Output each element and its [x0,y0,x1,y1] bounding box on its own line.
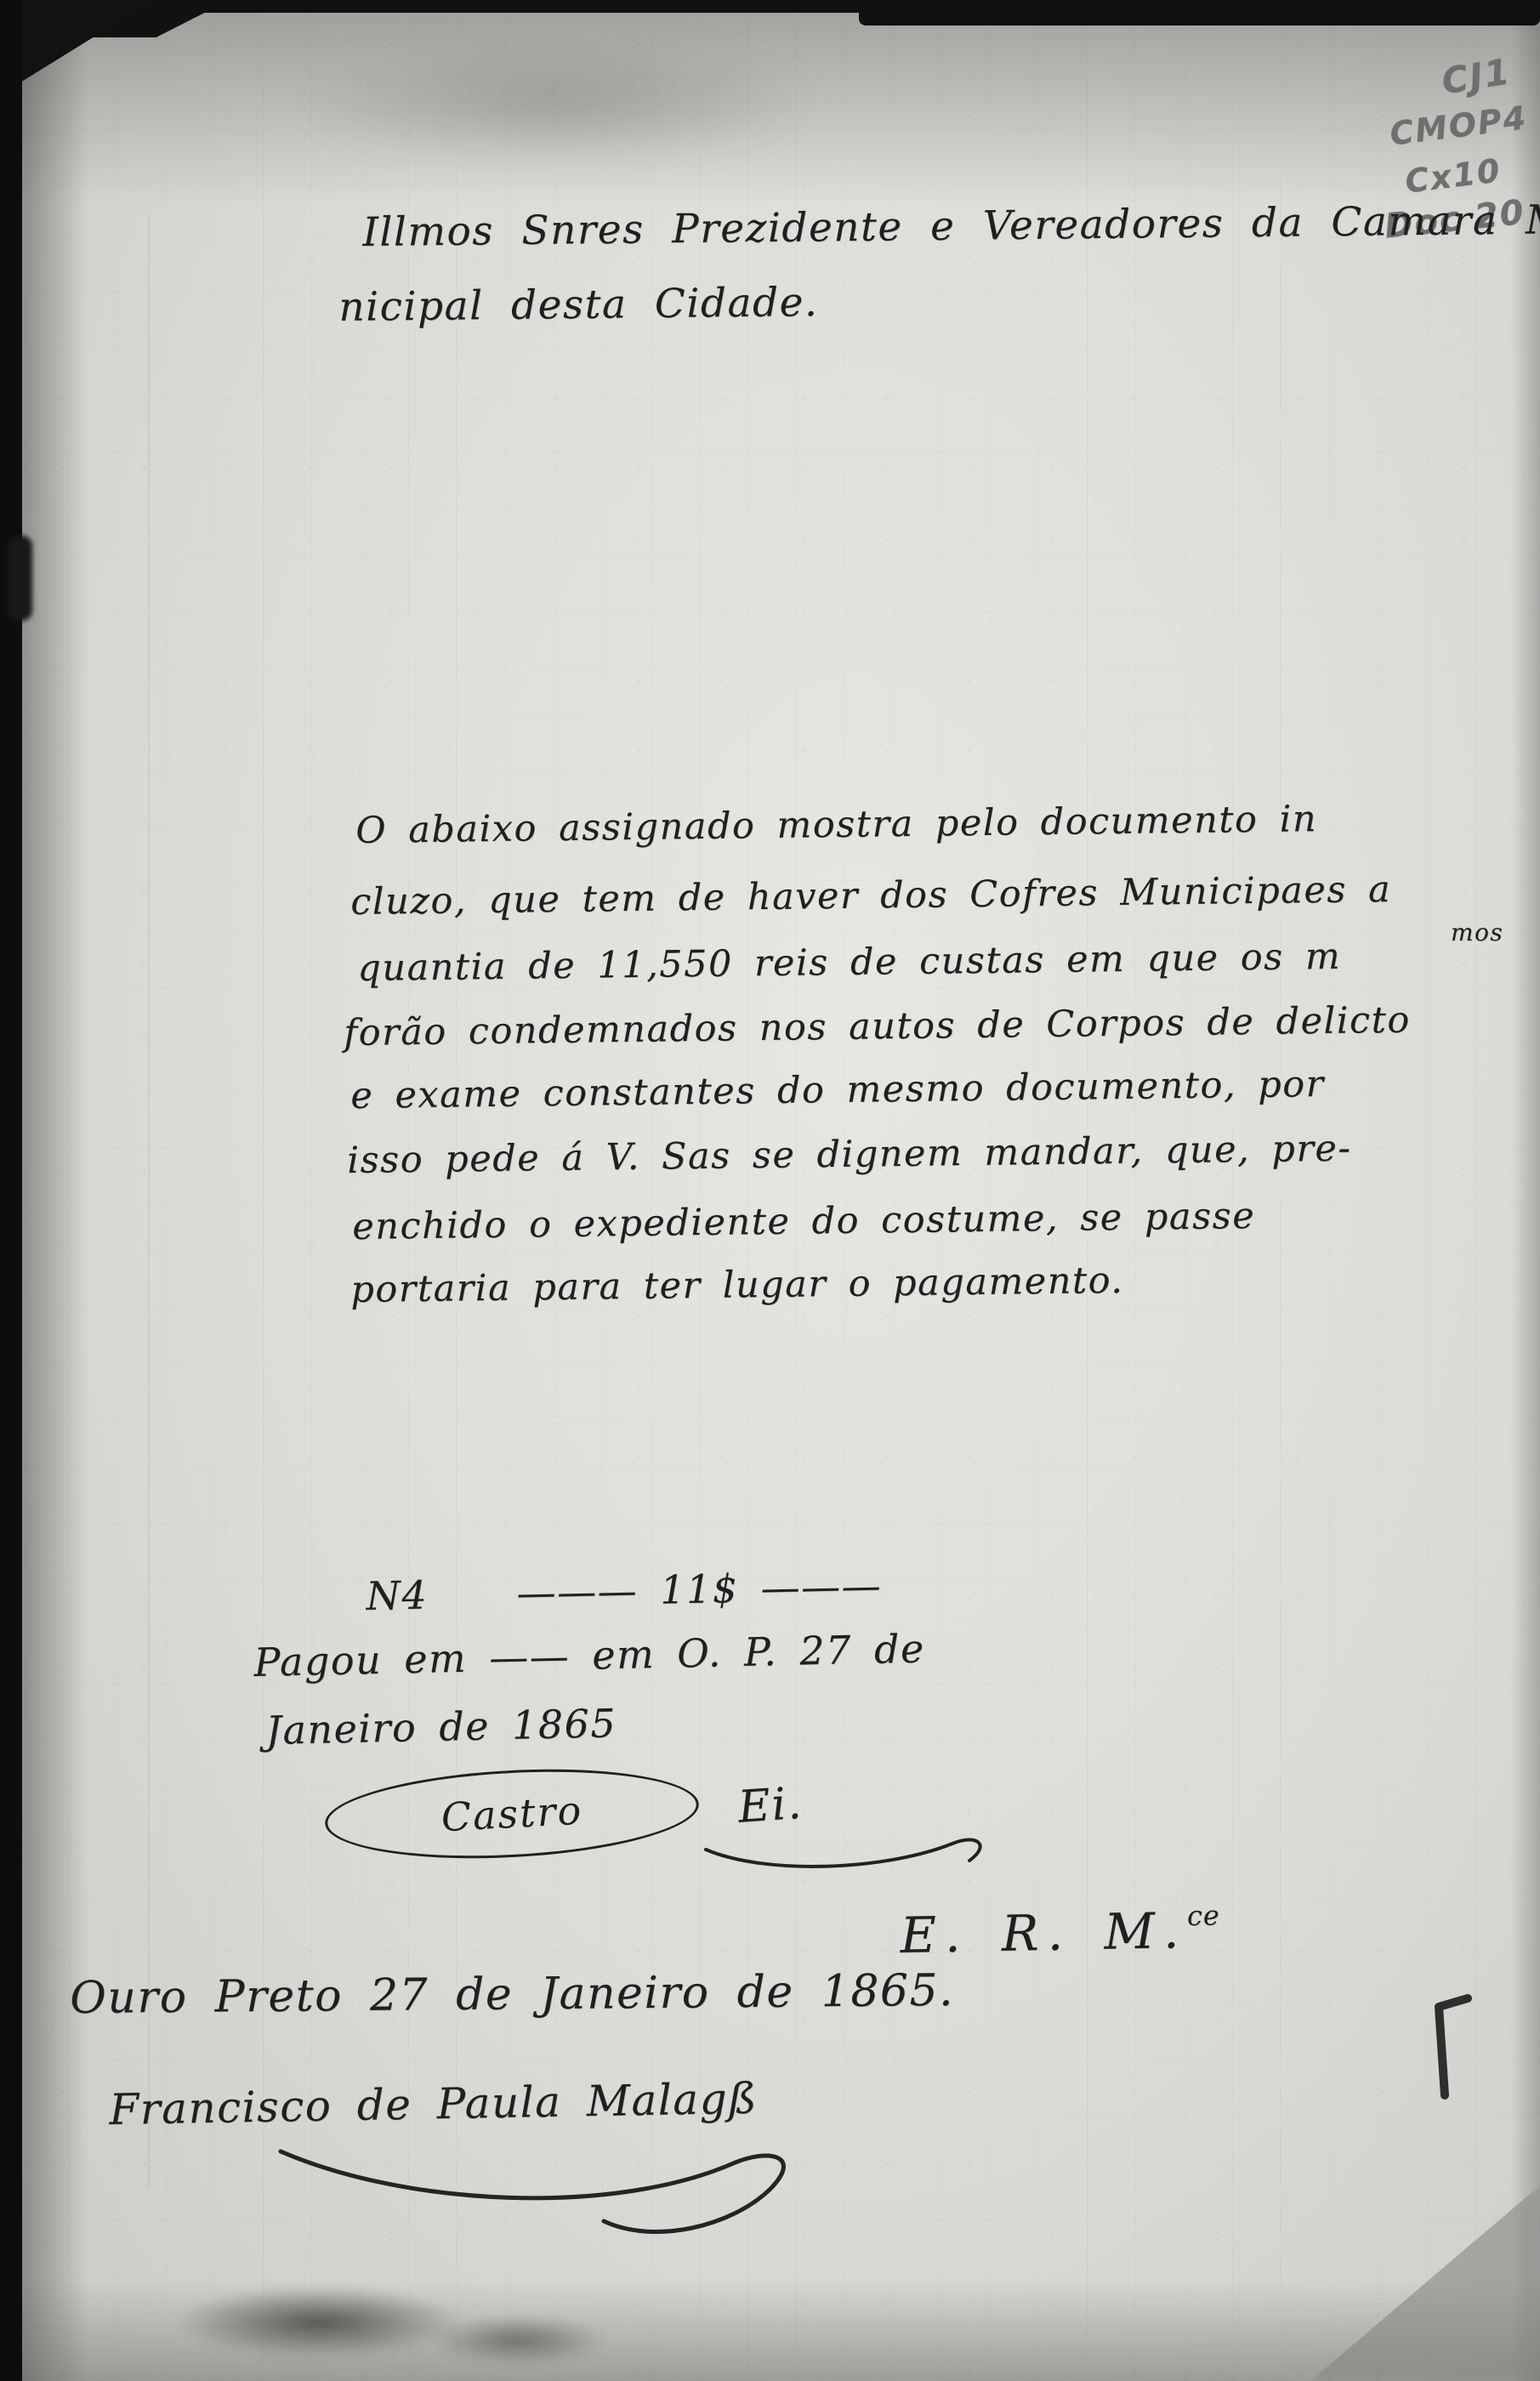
scan-shading-right [1511,10,1540,2381]
paper-sheet [20,10,1540,2381]
scanned-document-page: CJ1 CMOP4 Cx10 Doc 20 Illmos Snres Prezi… [0,0,1540,2381]
payment-note-date-line: Janeiro de 1865 [265,1700,617,1753]
courtesy-superscript: ce [1187,1899,1221,1932]
courtesy-text: E. R. M. [900,1901,1188,1964]
pen-mark [1422,1988,1481,2107]
scan-edge-top-right [859,0,1540,26]
body-superscript-mos: mos [1451,918,1503,946]
torn-edge-smudge [174,2286,463,2359]
signature-flourish [255,2126,850,2262]
scan-edge-left [0,0,22,2381]
clerk-signature: Castro [440,1787,583,1841]
courtesy-formula: E. R. M.ce [900,1899,1221,1964]
paper-fold-line [148,214,150,2187]
salutation-line-2: nicipal desta Cidade. [338,279,819,331]
scan-shading-left [20,10,88,2381]
paper-texture [20,10,1540,2381]
paper-stain [293,36,820,163]
place-date-line: Ouro Preto 27 de Janeiro de 1865. [70,1965,954,2024]
scan-edge-blotch [7,536,32,621]
clerk-rubric-flourish [697,1811,1003,1879]
torn-edge-smudge-small [429,2315,608,2366]
